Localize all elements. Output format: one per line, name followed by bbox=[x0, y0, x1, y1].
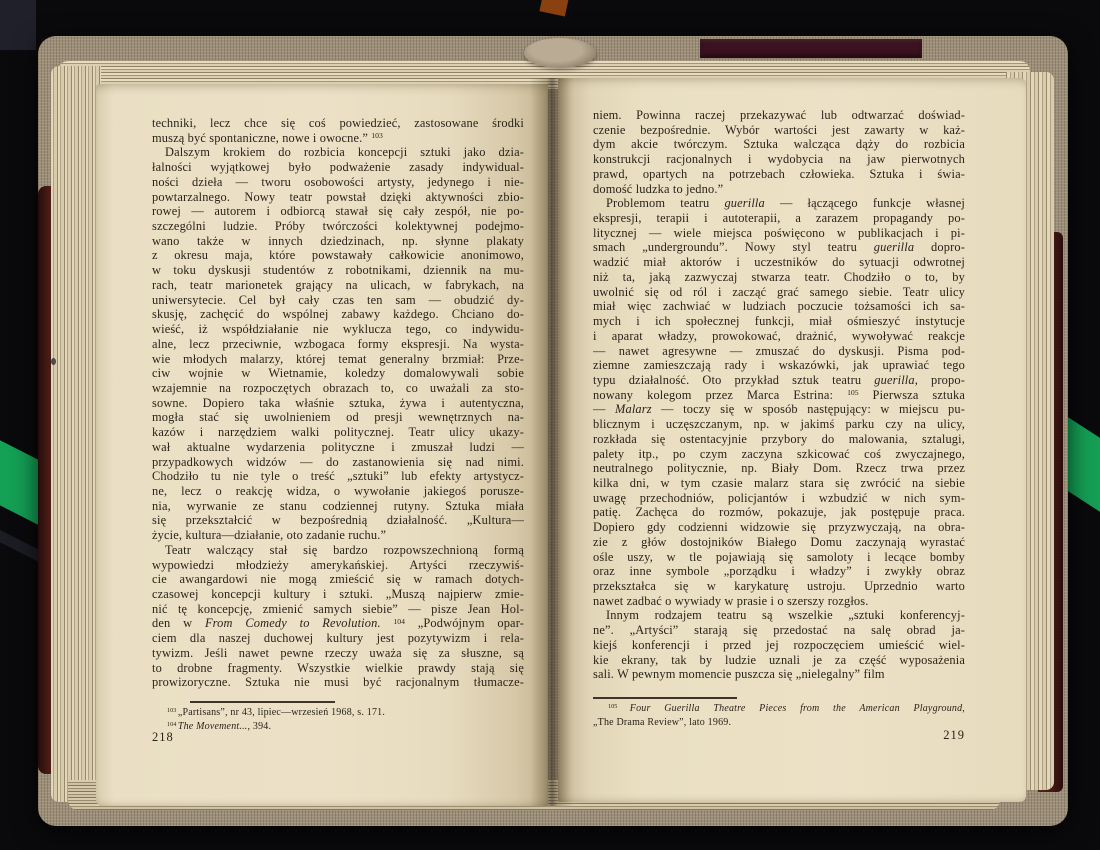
text-line: wano także w innych dziedzinach, np. sły… bbox=[152, 234, 524, 249]
text-line: 105 Four Guerilla Theatre Pieces from th… bbox=[593, 702, 965, 716]
text-line: mogła stać się uwolnieniem od presji wew… bbox=[152, 410, 524, 425]
text-line: wieść, iż współdziałanie nie wyklucza te… bbox=[152, 322, 524, 337]
text-line: rowej — autorem i odbiorcą stawał się ca… bbox=[152, 204, 524, 219]
text-line: — nawet agresywne — zmuszać do dyskusji.… bbox=[593, 344, 965, 359]
text-line: ośle uszy, w tle pojawiają się samoloty … bbox=[593, 550, 965, 565]
left-page: techniki, lecz chce się coś powiedzieć, … bbox=[96, 84, 548, 806]
backdrop-orange-sliver bbox=[539, 0, 568, 17]
text-line: powtarzalnego. Nowy teatr powstał dzięki… bbox=[152, 190, 524, 205]
text-line: niż ta, jaką zazwyczaj stwarza teatr. Ch… bbox=[593, 270, 965, 285]
text-line: nia, wyrwanie ze stanu codziennej rutyny… bbox=[152, 499, 524, 514]
text-line: blicznym i uczęszczanym, np. w jakimś pa… bbox=[593, 417, 965, 432]
text-line: Problemom teatru guerilla — łączącego fu… bbox=[593, 196, 965, 211]
page-number-left: 218 bbox=[152, 730, 524, 745]
text-line: to drobne fragmenty. Wszystkie wielkie p… bbox=[152, 661, 524, 676]
text-line: patię. Zachęca do rozmów, pokazuje, jak … bbox=[593, 505, 965, 520]
text-line: szczególni ludzie. Próby twórczości kole… bbox=[152, 219, 524, 234]
text-line: skusję, zachęcić do wspólnej zabawy każd… bbox=[152, 307, 524, 322]
text-line: się przekształcić w bezpośrednią działal… bbox=[152, 513, 524, 528]
left-page-text: techniki, lecz chce się coś powiedzieć, … bbox=[152, 116, 524, 690]
text-line: wadzić miał aktorów i uczestników do syt… bbox=[593, 255, 965, 270]
text-line: wypowiedzi młodzieży amerykańskiej. Arty… bbox=[152, 558, 524, 573]
text-line: łalności wyjątkowej było podważenie zasa… bbox=[152, 160, 524, 175]
text-line: ciw wojnie w Wietnamie, koledzy domalowy… bbox=[152, 366, 524, 381]
text-line: tywizm. Jeśli nawet pewne rzeczy uważa s… bbox=[152, 646, 524, 661]
text-line: uwolnić się od ról i zacząć grać samego … bbox=[593, 285, 965, 300]
text-line: smach „undergroundu”. Nowy styl teatru g… bbox=[593, 240, 965, 255]
text-line: alne, lecz przeciwnie, wzbogaca formy ek… bbox=[152, 337, 524, 352]
text-line: palety itp., po czym zaczyna szkicować c… bbox=[593, 447, 965, 462]
text-line: Dopiero gdy codzienni widzowie się przyz… bbox=[593, 520, 965, 535]
text-line: litycznej — wiele miejsca poświęcono w p… bbox=[593, 226, 965, 241]
text-line: uwagę przechodniów, policjantów i wzbudz… bbox=[593, 491, 965, 506]
footnote-rule-right bbox=[593, 697, 737, 699]
text-line: rach, teatr marionetek grający na ulicac… bbox=[152, 278, 524, 293]
text-line: cie awangardowi nie mogą zmieścić się w … bbox=[152, 572, 524, 587]
text-line: wał aktualne wydarzenia polityczne i zmu… bbox=[152, 440, 524, 455]
text-line: czenie bezpośrednie. Wybór wartości jest… bbox=[593, 123, 965, 138]
text-line: techniki, lecz chce się coś powiedzieć, … bbox=[152, 116, 524, 131]
photo-scene: techniki, lecz chce się coś powiedzieć, … bbox=[0, 0, 1100, 850]
text-line: Dalszym krokiem do rozbicia koncepcji sz… bbox=[152, 145, 524, 160]
right-page-footnotes: 105 Four Guerilla Theatre Pieces from th… bbox=[593, 702, 965, 730]
right-page: niem. Powinna raczej przekazywać lub odt… bbox=[558, 78, 1026, 802]
text-line: nawet zadbać o wywiady w prasie i o szer… bbox=[593, 594, 965, 609]
text-line: mych i ich społecznej funkcji, miał ośmi… bbox=[593, 314, 965, 329]
text-line: ności dzieła — tworu osobowości artysty,… bbox=[152, 175, 524, 190]
text-line: prawd, opartych na potrzebach człowieka.… bbox=[593, 167, 965, 182]
text-line: 103 „Partisans”, nr 43, lipiec—wrzesień … bbox=[152, 706, 524, 720]
text-line: kazów i narzędziem walki politycznej. Te… bbox=[152, 425, 524, 440]
text-line: Chodziło tu nie tyle o treść „sztuki” lu… bbox=[152, 469, 524, 484]
text-line: sali. W pewnym momencie puszcza się „nie… bbox=[593, 667, 965, 682]
page-stack-left bbox=[51, 66, 101, 802]
backdrop-maroon-strip bbox=[700, 39, 922, 58]
headband bbox=[524, 38, 596, 68]
backdrop-gray-corner bbox=[0, 0, 36, 50]
text-line: wie młodych malarzy, której temat genera… bbox=[152, 352, 524, 367]
text-line: muszą być spontaniczne, nowe i owocne.” … bbox=[152, 131, 524, 146]
text-line: nić tę koncepcję, zmienić samych siebie”… bbox=[152, 602, 524, 617]
text-line: typu działalność. Oto przykład sztuk tea… bbox=[593, 373, 965, 388]
right-page-text: niem. Powinna raczej przekazywać lub odt… bbox=[593, 108, 965, 682]
text-line: przypadkowych widzów — do zastanowienia … bbox=[152, 455, 524, 470]
text-line: oraz inne symbole „porządku i władzy” i … bbox=[593, 564, 965, 579]
paper-speck bbox=[51, 358, 56, 365]
text-line: kilka dni, w tym czasie malarz stara się… bbox=[593, 476, 965, 491]
text-line: nowany kolegom przez Marca Estrina: 105 … bbox=[593, 388, 965, 403]
text-line: wzajemnie na rozpoczętych obrazach to, c… bbox=[152, 381, 524, 396]
text-line: kie ekrany, tak by ludzie uznali je za c… bbox=[593, 653, 965, 668]
text-line: życie, kultura—działanie, oto zadanie ru… bbox=[152, 528, 524, 543]
text-line: z okresu maja, które powstawały całkowic… bbox=[152, 248, 524, 263]
text-line: Teatr walczący stał się bardzo rozpowsze… bbox=[152, 543, 524, 558]
text-line: rozkłada się ostentacyjnie przybory do m… bbox=[593, 432, 965, 447]
footnote-rule-left bbox=[190, 701, 335, 703]
text-line: dym akcie twórczym. Sztuka walcząca dąży… bbox=[593, 137, 965, 152]
text-line: sowne. Dopiero taka właśnie sztuka, żywa… bbox=[152, 396, 524, 411]
text-line: kiejś konferencji i przed jej rozpoczęci… bbox=[593, 638, 965, 653]
text-line: ekspresji, terapii i autoterapii, a zara… bbox=[593, 211, 965, 226]
text-line: Innym rodzajem teatru są wszelkie „sztuk… bbox=[593, 608, 965, 623]
text-line: ziemne zamieszczają rady i wskazówki, ja… bbox=[593, 358, 965, 373]
text-line: — Malarz — toczy się w sposób następując… bbox=[593, 402, 965, 417]
text-line: prowizoryczne. Sztuka nie musi być racjo… bbox=[152, 675, 524, 690]
text-line: den w From Comedy to Revolution. 104 „Po… bbox=[152, 616, 524, 631]
text-line: i aparat władzy, prowokować, drażnić, wy… bbox=[593, 329, 965, 344]
text-line: w toku dyskusji studentów z robotnikami,… bbox=[152, 263, 524, 278]
text-line: miał więc zachwiać w ludziach poczucie t… bbox=[593, 299, 965, 314]
text-line: ciem dla naszej duchowej kultury jest po… bbox=[152, 631, 524, 646]
text-line: ne”. „Artyści” starają się przedostać na… bbox=[593, 623, 965, 638]
text-line: neutralnego politycznie, np. Biały Dom. … bbox=[593, 461, 965, 476]
book: techniki, lecz chce się coś powiedzieć, … bbox=[38, 36, 1068, 826]
page-number-right: 219 bbox=[593, 728, 965, 743]
text-line: czasowej koncepcji kultury i sztuki. „Mu… bbox=[152, 587, 524, 602]
text-line: ne, lecz o reakcję widza, o wywołanie ja… bbox=[152, 484, 524, 499]
text-line: przekształca się w karykaturę ustroju. U… bbox=[593, 579, 965, 594]
text-line: konstrukcji racjonalnych i wydobycia na … bbox=[593, 152, 965, 167]
text-line: niem. Powinna raczej przekazywać lub odt… bbox=[593, 108, 965, 123]
text-line: zie z głów dostojników Białego Domu zacz… bbox=[593, 535, 965, 550]
text-line: domość ludzka to jedno.” bbox=[593, 182, 965, 197]
text-line: uniwersytecie. Cel był cały czas ten sam… bbox=[152, 293, 524, 308]
